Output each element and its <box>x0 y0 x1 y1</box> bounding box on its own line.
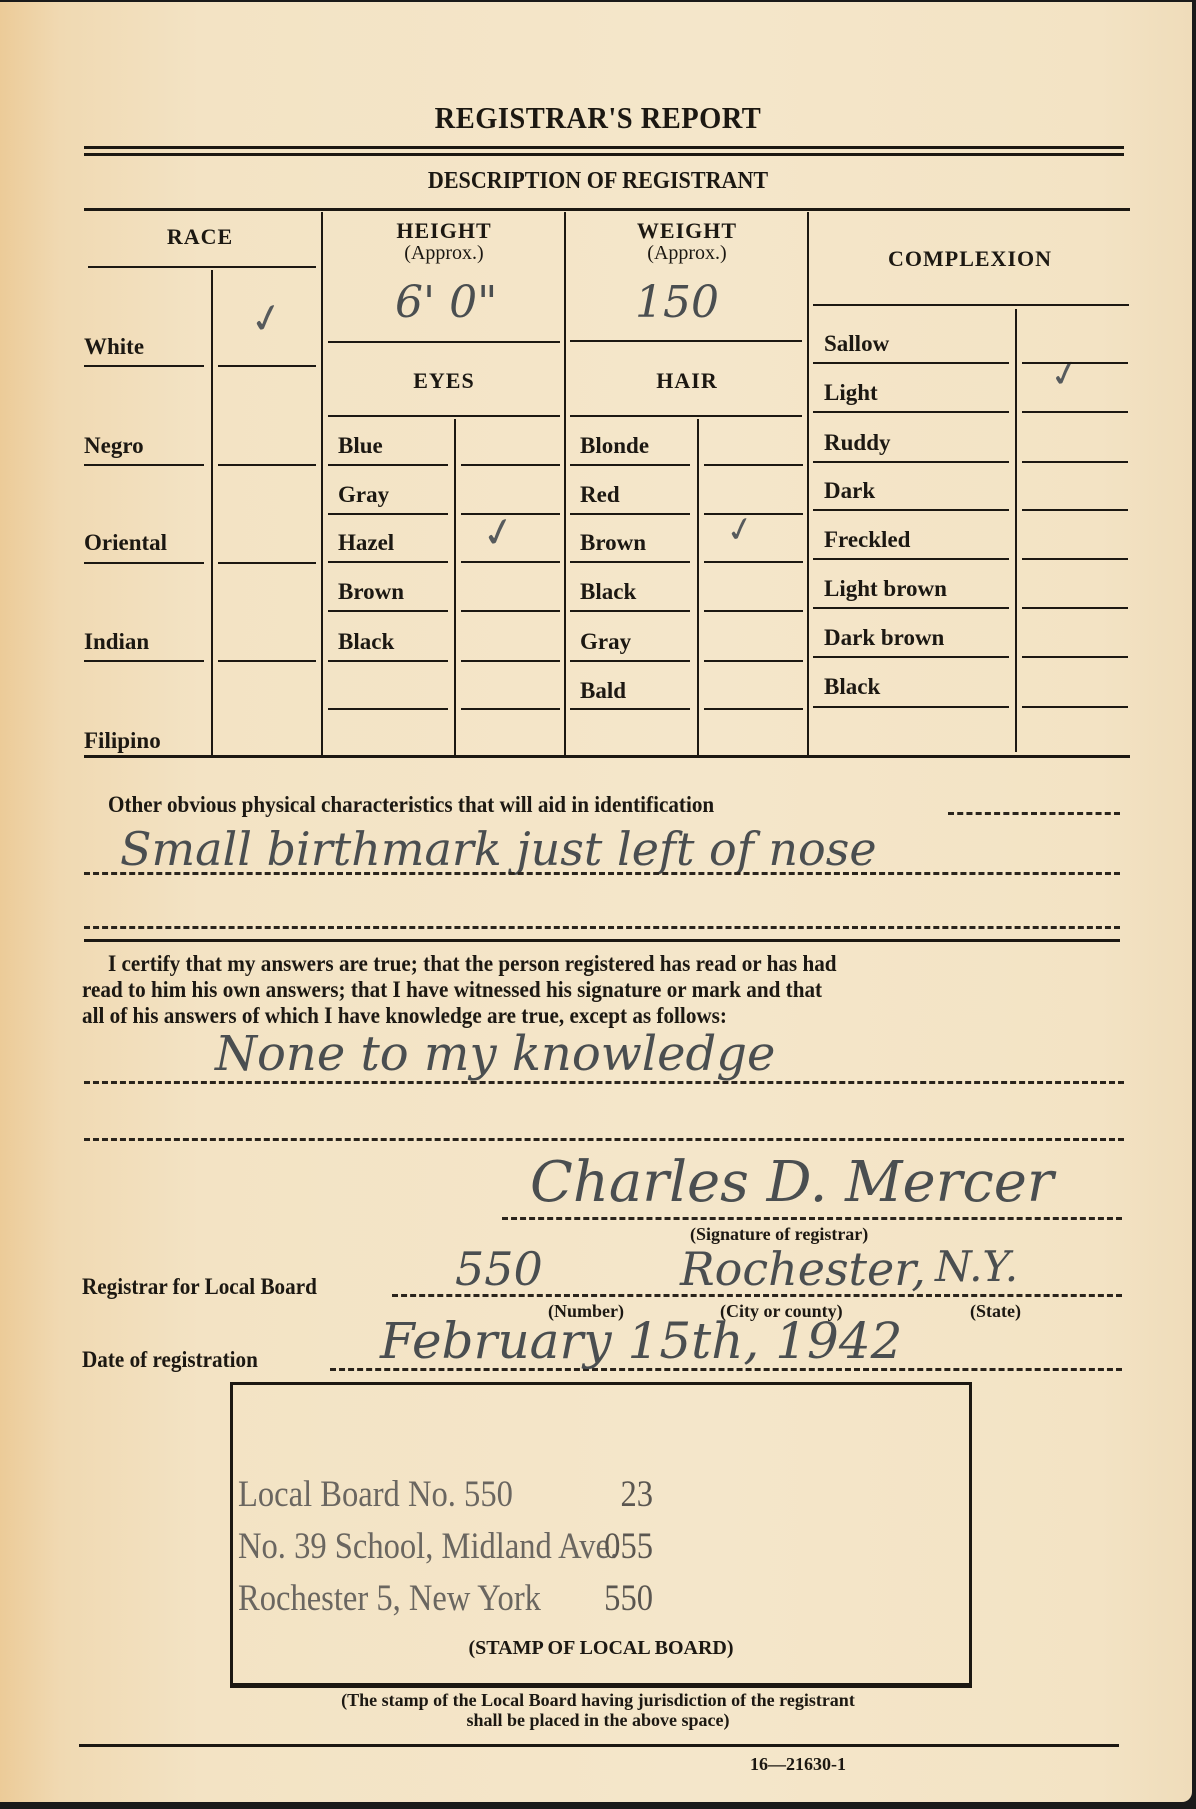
race-row-rule <box>218 660 316 662</box>
complexion-row-rule <box>813 411 1009 413</box>
other-characteristics-label: Other obvious physical characteristics t… <box>108 792 714 818</box>
stamp-line-3: Rochester 5, New York <box>238 1577 541 1620</box>
hair-header-rule <box>570 415 802 417</box>
hair-row-rule <box>570 464 690 466</box>
race-row-rule <box>84 464 204 466</box>
hair-row-rule <box>570 708 690 710</box>
race-option-negro[interactable]: Negro <box>84 433 144 459</box>
eyes-row-rule <box>461 561 560 563</box>
stamp-note-2: shall be placed in the above space) <box>0 1710 1196 1731</box>
hair-option-brown[interactable]: Brown <box>580 530 646 556</box>
race-option-filipino[interactable]: Filipino <box>84 728 161 754</box>
complexion-row-rule <box>1022 362 1128 364</box>
stamp-num-2: 055 <box>565 1525 653 1568</box>
hair-option-bald[interactable]: Bald <box>580 678 626 704</box>
section-rule <box>84 939 1120 942</box>
height-header-sub: (Approx.) <box>324 242 564 265</box>
hair-row-rule <box>570 610 690 612</box>
eyes-option-blue[interactable]: Blue <box>338 433 383 459</box>
race-row-rule <box>218 365 316 367</box>
complexion-row-rule <box>1022 558 1128 560</box>
height-value[interactable]: 6' 0" <box>395 277 497 328</box>
stamp-num-3: 550 <box>565 1577 653 1620</box>
complexion-option-light[interactable]: Light <box>824 380 878 406</box>
eyes-row-rule <box>461 464 560 466</box>
hair-row-rule <box>704 660 803 662</box>
race-row-rule <box>84 660 204 662</box>
complexion-row-rule <box>1022 509 1128 511</box>
height-header: HEIGHT (Approx.) <box>324 218 564 265</box>
race-check-divider <box>211 270 213 757</box>
local-board-city[interactable]: Rochester, <box>680 1242 926 1296</box>
eyes-option-gray[interactable]: Gray <box>338 482 389 508</box>
eyes-row-rule <box>461 708 560 710</box>
hair-option-red[interactable]: Red <box>580 482 620 508</box>
eyes-row-rule <box>461 610 560 612</box>
complexion-row-rule <box>1022 411 1128 413</box>
certification-text-2: read to him his own answers; that I have… <box>82 977 822 1003</box>
local-board-number[interactable]: 550 <box>455 1242 543 1296</box>
complexion-row-rule <box>1022 656 1128 658</box>
race-option-indian[interactable]: Indian <box>84 629 149 655</box>
state-caption: (State) <box>970 1301 1021 1322</box>
complexion-row-rule <box>813 706 1009 708</box>
title-rule-bottom <box>84 153 1124 156</box>
stamp-box: Local Board No. 550 23 No. 39 School, Mi… <box>230 1382 972 1688</box>
registration-date-label: Date of registration <box>82 1347 258 1373</box>
hair-row-rule <box>704 464 803 466</box>
hair-row-rule <box>704 610 803 612</box>
eyes-header-rule <box>328 415 560 417</box>
complexion-row-rule <box>813 509 1009 511</box>
hair-row-rule <box>704 513 803 515</box>
certification-text-1: I certify that my answers are true; that… <box>108 951 837 977</box>
weight-value[interactable]: 150 <box>635 277 719 328</box>
height-rule <box>328 341 560 343</box>
eyes-row-rule <box>461 660 560 662</box>
weight-header-label: WEIGHT <box>637 218 737 243</box>
stamp-caption: (STAMP OF LOCAL BOARD) <box>233 1637 969 1660</box>
eyes-check-divider <box>454 419 456 757</box>
registrar-report-card: REGISTRAR'S REPORT DESCRIPTION OF REGIST… <box>0 2 1192 1802</box>
eyes-row-rule <box>461 513 560 515</box>
hair-row-rule <box>704 708 803 710</box>
hair-row-rule <box>570 513 690 515</box>
other-characteristics-value[interactable]: Small birthmark just left of nose <box>120 822 877 876</box>
form-number: 16—21630-1 <box>750 1754 846 1775</box>
registration-date-value[interactable]: February 15th, 1942 <box>380 1312 902 1370</box>
hair-option-blonde[interactable]: Blonde <box>580 433 649 459</box>
other-characteristics-line-2 <box>84 926 1120 929</box>
section-title: DESCRIPTION OF REGISTRANT <box>48 168 1148 195</box>
bottom-rule <box>79 1744 1119 1747</box>
stamp-line-1: Local Board No. 550 <box>238 1473 513 1516</box>
other-characteristics-leader <box>948 812 1120 815</box>
height-header-label: HEIGHT <box>396 218 491 243</box>
race-row-rule <box>218 464 316 466</box>
complexion-header-rule <box>813 304 1129 306</box>
complexion-header: COMPLEXION <box>810 246 1130 272</box>
stamp-note-1: (The stamp of the Local Board having jur… <box>0 1690 1196 1711</box>
race-option-oriental[interactable]: Oriental <box>84 530 167 556</box>
weight-rule <box>570 340 802 342</box>
eyes-row-rule <box>328 708 448 710</box>
eyes-row-rule <box>328 561 448 563</box>
table-top-rule <box>84 208 1130 211</box>
hair-option-gray[interactable]: Gray <box>580 629 631 655</box>
complexion-row-rule <box>1022 607 1128 609</box>
hair-row-rule <box>570 561 690 563</box>
eyes-option-black[interactable]: Black <box>338 629 394 655</box>
complexion-light-check-icon[interactable]: ✓ <box>1046 351 1084 397</box>
complexion-row-rule <box>813 362 1009 364</box>
hair-header: HAIR <box>567 368 807 394</box>
weight-header: WEIGHT (Approx.) <box>567 218 807 265</box>
stamp-num-1: 23 <box>565 1473 653 1516</box>
table-bottom-rule <box>84 755 1130 758</box>
hair-row-rule <box>704 561 803 563</box>
complexion-option-freckled[interactable]: Freckled <box>824 527 910 553</box>
title-rule-top <box>84 146 1124 149</box>
eyes-option-brown[interactable]: Brown <box>338 579 404 605</box>
hair-check-divider <box>697 419 699 757</box>
race-option-white[interactable]: White <box>84 334 144 360</box>
hair-row-rule <box>570 660 690 662</box>
complexion-row-rule <box>813 607 1009 609</box>
eyes-option-hazel[interactable]: Hazel <box>338 530 394 556</box>
race-row-rule <box>84 562 204 564</box>
weight-header-sub: (Approx.) <box>567 242 807 265</box>
complexion-check-divider <box>1015 309 1017 752</box>
complexion-row-rule <box>1022 706 1128 708</box>
complexion-option-ruddy[interactable]: Ruddy <box>824 430 890 456</box>
col-divider-race <box>321 212 323 757</box>
complexion-row-rule <box>813 656 1009 658</box>
complexion-option-sallow[interactable]: Sallow <box>824 331 889 357</box>
exceptions-line-2 <box>84 1138 1124 1141</box>
race-row-rule <box>84 365 204 367</box>
eyes-row-rule <box>328 610 448 612</box>
exceptions-line-1 <box>84 1081 1124 1084</box>
complexion-option-light-brown[interactable]: Light brown <box>824 576 947 602</box>
col-divider-height <box>564 212 566 757</box>
hair-option-black[interactable]: Black <box>580 579 636 605</box>
other-characteristics-line-1 <box>84 872 1120 875</box>
local-board-state[interactable]: N.Y. <box>935 1242 1018 1291</box>
stamp-line-2: No. 39 School, Midland Ave. <box>238 1525 618 1568</box>
race-row-rule <box>218 562 316 564</box>
signature-line <box>502 1217 1122 1220</box>
registrar-signature[interactable]: Charles D. Mercer <box>530 1150 1054 1215</box>
race-white-check-icon[interactable]: ✓ <box>246 293 288 345</box>
eyes-row-rule <box>328 660 448 662</box>
complexion-row-rule <box>1022 461 1128 463</box>
eyes-row-rule <box>328 464 448 466</box>
complexion-row-rule <box>813 558 1009 560</box>
certification-exceptions[interactable]: None to my knowledge <box>215 1026 775 1082</box>
eyes-row-rule <box>328 513 448 515</box>
page-title: REGISTRAR'S REPORT <box>48 100 1148 136</box>
race-header-rule <box>88 266 316 268</box>
eyes-header: EYES <box>324 368 564 394</box>
col-divider-weight <box>807 212 809 757</box>
complexion-option-black[interactable]: Black <box>824 674 880 700</box>
local-board-label: Registrar for Local Board <box>82 1274 317 1300</box>
complexion-option-dark-brown[interactable]: Dark brown <box>824 625 944 651</box>
complexion-option-dark[interactable]: Dark <box>824 478 875 504</box>
complexion-row-rule <box>813 461 1009 463</box>
race-header: RACE <box>84 224 316 250</box>
